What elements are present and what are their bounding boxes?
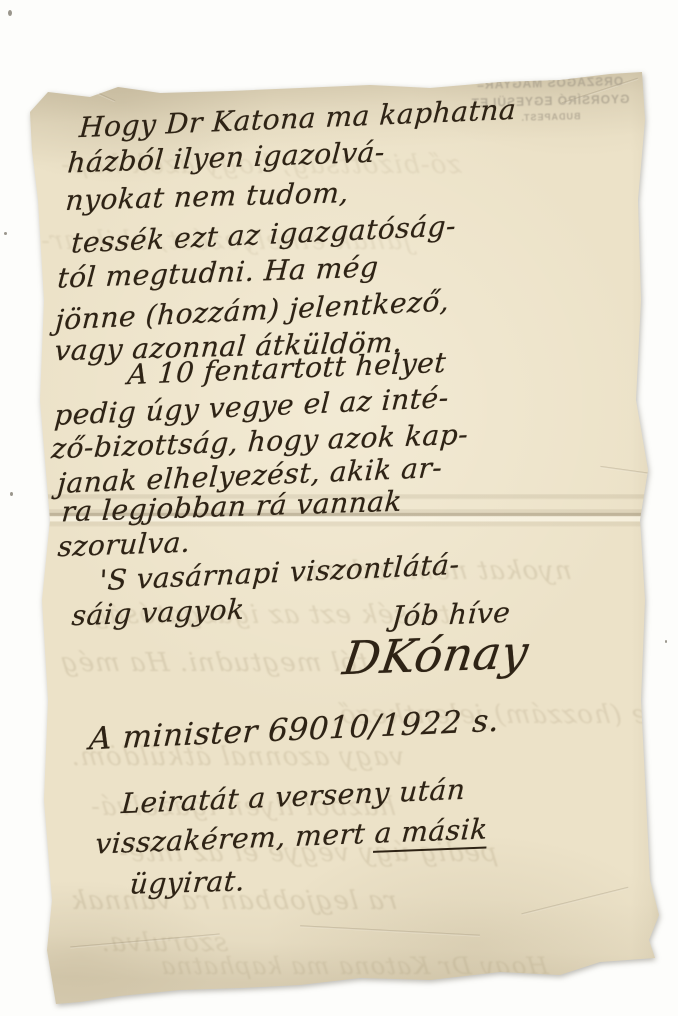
handwritten-line: sáig vagyok (71, 593, 246, 633)
handwritten-line: nyokat nem tudom, (64, 176, 350, 217)
underlined-words: a másik (373, 813, 488, 853)
handwritten-line: tessék ezt az igazgatóság- (70, 209, 457, 259)
handwriting: Hogy Dr Katona ma kaphatna házból ilyen … (0, 0, 678, 1016)
postscript-line: ügyirat. (129, 864, 247, 900)
reference-line: A minister 69010/1922 s. (88, 703, 500, 757)
postscript-line: Leiratát a verseny után (120, 773, 466, 820)
letter-scan: ORSZÁGOS MAGYAR= GYORSÍRÓ EGYESÜLET BUDA… (0, 0, 678, 1016)
handwritten-line: Hogy Dr Katona ma kaphatna (78, 93, 517, 144)
postscript-text: visszakérem, mert (94, 817, 376, 861)
postscript-line: visszakérem, mert a másik (94, 813, 489, 861)
signature: DKónay (340, 625, 532, 685)
handwritten-line: szorulva. (57, 526, 192, 564)
letter-page: ORSZÁGOS MAGYAR= GYORSÍRÓ EGYESÜLET BUDA… (0, 0, 678, 1016)
